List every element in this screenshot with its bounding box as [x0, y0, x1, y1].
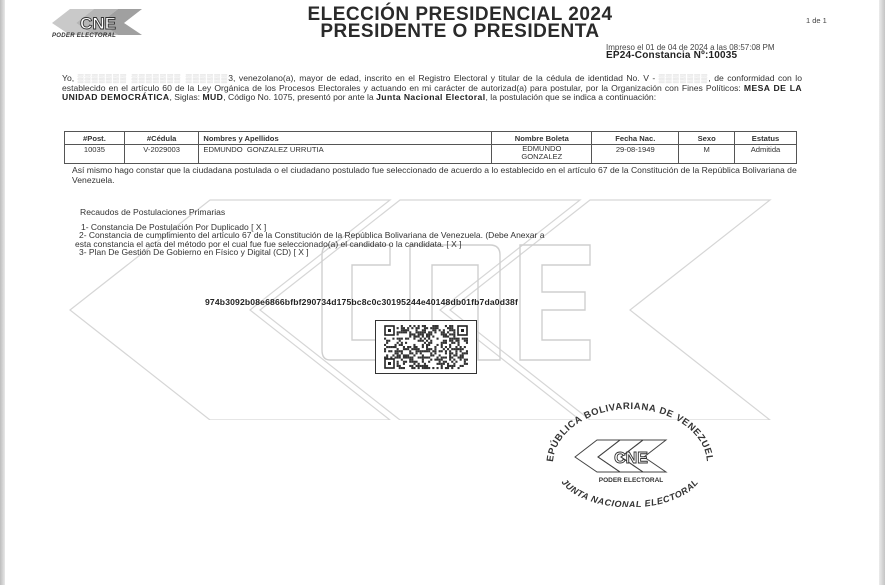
svg-text:CNE: CNE — [80, 14, 116, 33]
junta-name: Junta Nacional Electoral — [376, 92, 485, 102]
page-number: 1 de 1 — [806, 16, 827, 25]
col-boleta: Nombre Boleta — [492, 132, 592, 145]
col-sexo: Sexo — [679, 132, 735, 145]
col-nombres: Nombres y Apellidos — [199, 132, 492, 145]
recaudos-list: 1- Constancia De Postulación Por Duplica… — [75, 223, 795, 257]
redacted-name: ▒▒▒▒▒▒▒ ▒▒▒▒▒▒▒ ▒▒▒▒▒▒ — [78, 73, 229, 83]
col-post: #Post. — [65, 132, 125, 145]
col-cedula: #Cédula — [124, 132, 199, 145]
col-fecha: Fecha Nac. — [592, 132, 679, 145]
declaration-paragraph: Así mismo hago constar que la ciudadana … — [72, 166, 812, 185]
document-title: ELECCIÓN PRESIDENCIAL 2024 PRESIDENTE O … — [230, 6, 690, 40]
intro-paragraph: Yo, ▒▒▒▒▒▒▒ ▒▒▒▒▒▒▒ ▒▒▒▒▒▒3, venezolano(… — [62, 74, 802, 103]
page-edge-left — [0, 0, 5, 585]
page-edge-right — [879, 0, 885, 585]
recaudos-title: Recaudos de Postulaciones Primarias — [80, 207, 225, 217]
svg-text:CNE: CNE — [614, 450, 648, 467]
logo-caption: PODER ELECTORAL — [52, 33, 116, 39]
redacted-id: ▒▒▒▒▒▒▒ — [659, 73, 709, 83]
svg-text:PODER ELECTORAL: PODER ELECTORAL — [599, 477, 664, 484]
table-header-row: #Post. #Cédula Nombres y Apellidos Nombr… — [65, 132, 797, 145]
postulation-table: #Post. #Cédula Nombres y Apellidos Nombr… — [64, 131, 797, 164]
title-line-2: PRESIDENTE O PRESIDENTA — [230, 23, 690, 40]
constancia-number: EP24-Constancia Nº:10035 — [606, 50, 737, 61]
document-hash: 974b3092b08e6866bfbf290734d175bc8c0c3019… — [205, 297, 518, 307]
table-row: 10035 V-2029003 EDMUNDO GONZALEZ URRUTIA… — [65, 145, 797, 164]
organization-siglas: MUD — [202, 92, 223, 102]
qr-code-icon — [375, 320, 477, 374]
official-seal-icon: REPÚBLICA BOLIVARIANA DE VENEZUELA JUNTA… — [535, 402, 725, 507]
col-estatus: Estatus — [735, 132, 797, 145]
recaudo-item-3: 3- Plan De Gestión De Gobierno en Físico… — [75, 248, 795, 256]
